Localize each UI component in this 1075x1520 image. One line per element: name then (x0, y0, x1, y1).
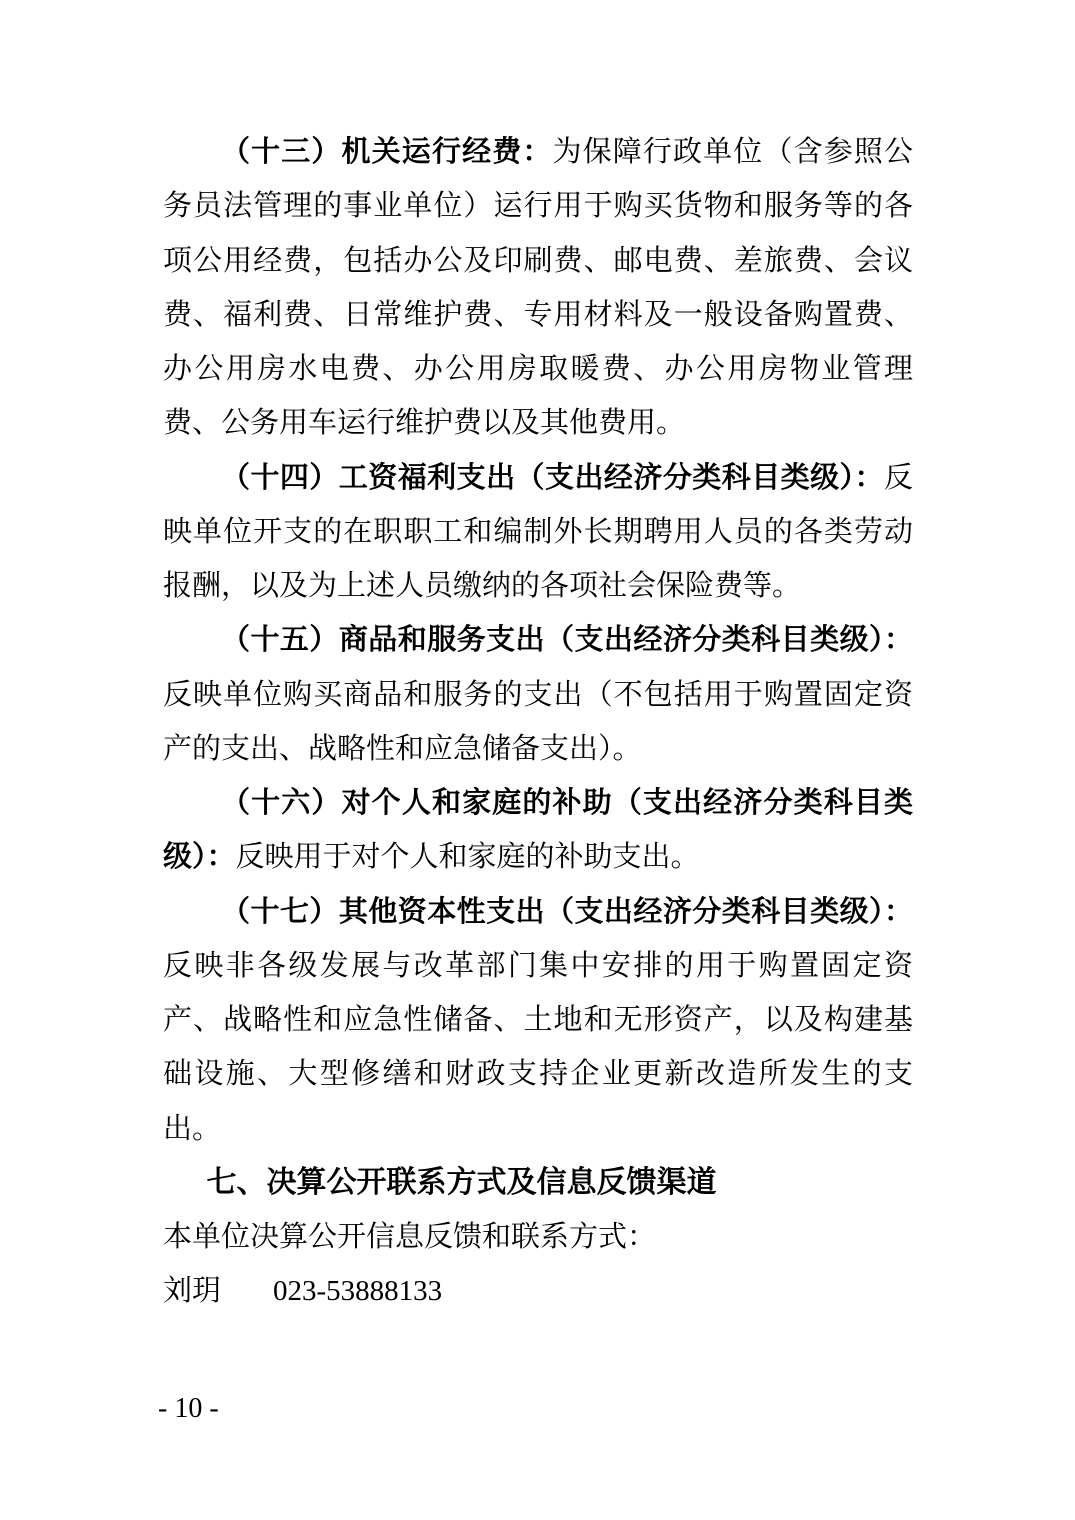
document-content: （十三）机关运行经费：为保障行政单位（含参照公务员法管理的事业单位）运行用于购买… (163, 125, 913, 1319)
section-heading: 七、决算公开联系方式及信息反馈渠道 (163, 1156, 913, 1210)
paragraph-lead: （十三）机关运行经费： (221, 136, 553, 168)
contact-phone: 023-53888133 (273, 1275, 442, 1307)
contact-line: 刘玥023-53888133 (163, 1264, 913, 1318)
paragraph-item-15: （十五）商品和服务支出（支出经济分类科目类级）：反映单位购买商品和服务的支出（不… (163, 613, 913, 776)
paragraph-item-13: （十三）机关运行经费：为保障行政单位（含参照公务员法管理的事业单位）运行用于购买… (163, 125, 913, 451)
document-page: （十三）机关运行经费：为保障行政单位（含参照公务员法管理的事业单位）运行用于购买… (0, 0, 1075, 1520)
paragraph-item-16: （十六）对个人和家庭的补助（支出经济分类科目类级）：反映用于对个人和家庭的补助支… (163, 776, 913, 885)
paragraph-body: 反映用于对个人和家庭的补助支出。 (236, 841, 700, 873)
paragraph-item-14: （十四）工资福利支出（支出经济分类科目类级）：反映单位开支的在职职工和编制外长期… (163, 451, 913, 614)
paragraph-item-17: （十七）其他资本性支出（支出经济分类科目类级）：反映非各级发展与改革部门集中安排… (163, 885, 913, 1156)
paragraph-lead: （十五）商品和服务支出（支出经济分类科目类级）： (221, 624, 913, 656)
page-number: - 10 - (158, 1392, 219, 1426)
contact-name: 刘玥 (163, 1275, 221, 1307)
paragraph-lead: （十七）其他资本性支出（支出经济分类科目类级）： (221, 896, 913, 928)
paragraph-body: 反映单位购买商品和服务的支出（不包括用于购置固定资产的支出、战略性和应急储备支出… (163, 679, 913, 765)
paragraph-body: 反映非各级发展与改革部门集中安排的用于购置固定资产、战略性和应急性储备、土地和无… (163, 950, 913, 1145)
contact-intro: 本单位决算公开信息反馈和联系方式： (163, 1210, 913, 1264)
paragraph-body: 为保障行政单位（含参照公务员法管理的事业单位）运行用于购买货物和服务等的各项公用… (163, 136, 913, 439)
paragraph-lead: （十四）工资福利支出（支出经济分类科目类级）： (221, 462, 884, 494)
